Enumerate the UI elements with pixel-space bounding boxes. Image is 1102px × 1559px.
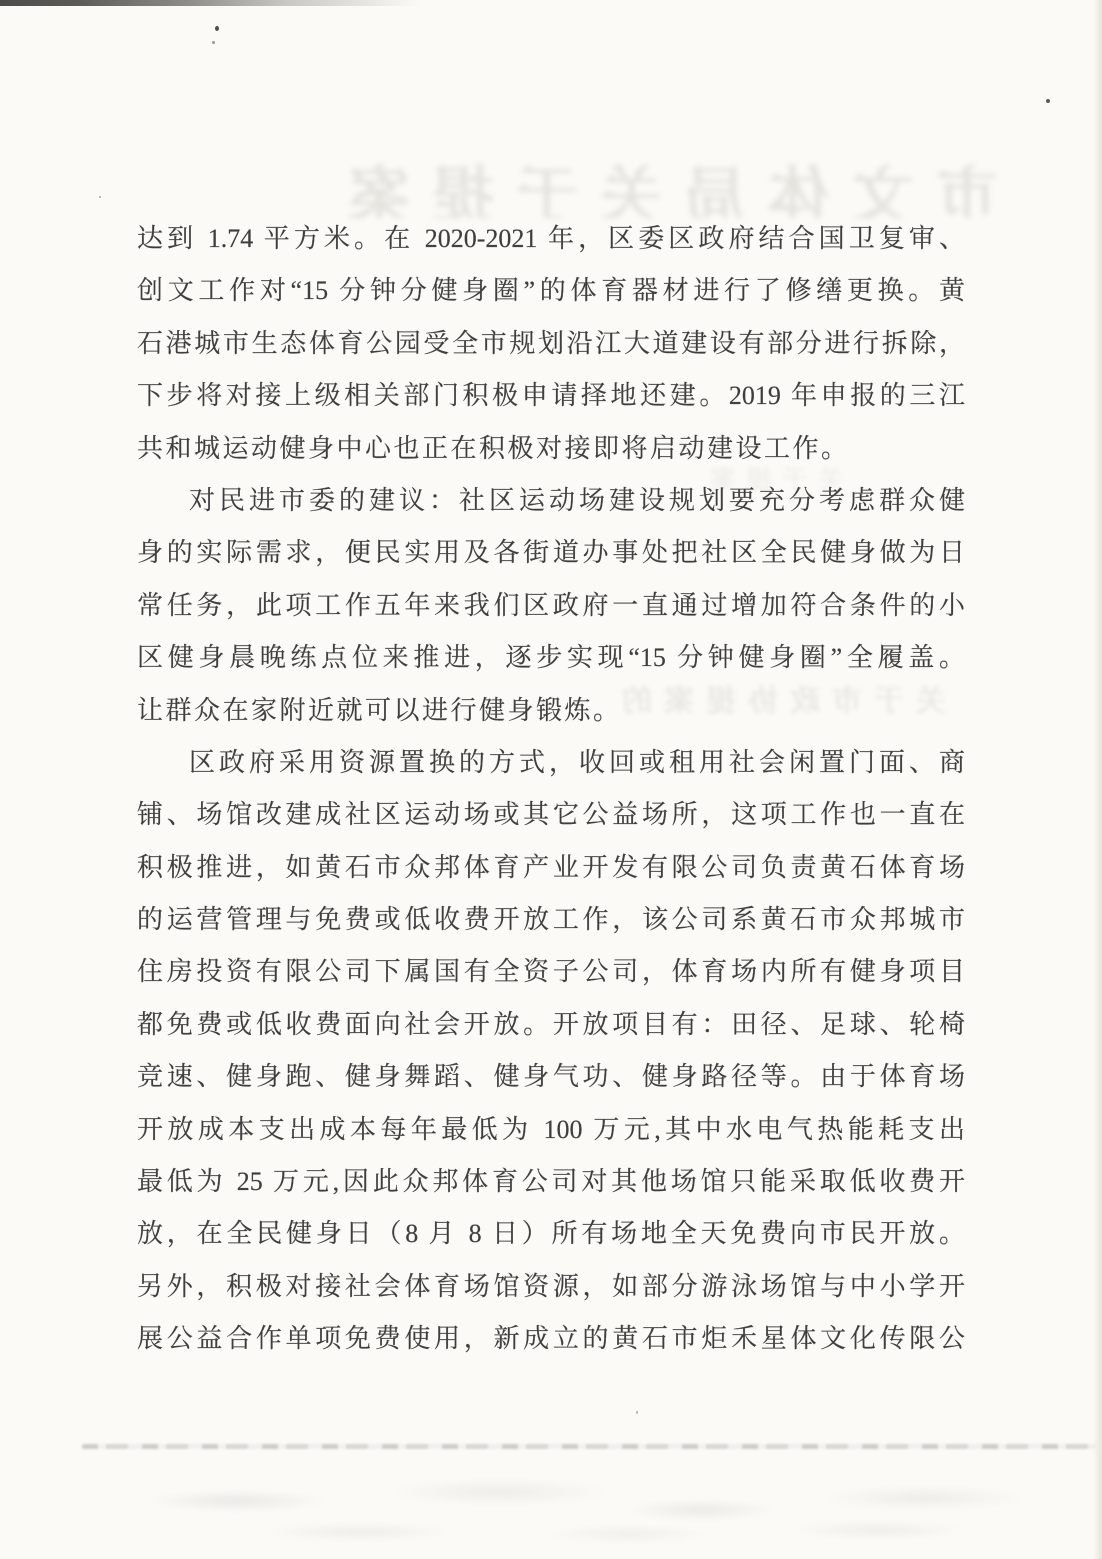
scan-edge-bar bbox=[0, 0, 420, 6]
text-line: 石港城市生态体育公园受全市规划沿江大道建设有部分进行拆除， bbox=[137, 318, 965, 370]
document-body: 达到 1.74 平方米。在 2020-2021 年，区委区政府结合国卫复审、 创… bbox=[137, 213, 965, 1366]
text-line: 的运营管理与免费或低收费开放工作，该公司系黄石市众邦城市 bbox=[137, 894, 965, 946]
scan-edge-shadow bbox=[1093, 0, 1102, 1559]
text-line: 住房投资有限公司下属国有全资子公司，体育场内所有健身项目 bbox=[137, 946, 965, 998]
text-line: 另外，积极对接社会体育场馆资源，如部分游泳场馆与中小学开 bbox=[137, 1261, 965, 1313]
scan-speck bbox=[215, 26, 219, 31]
scan-speck bbox=[99, 196, 101, 198]
text-line: 下步将对接上级相关部门积极申请择地还建。2019 年申报的三江 bbox=[137, 370, 965, 422]
text-line: 区健身晨晚练点位来推进，逐步实现“15 分钟健身圈”全履盖。 bbox=[137, 632, 965, 684]
text-line: 铺、场馆改建成社区运动场或其它公益场所，这项工作也一直在 bbox=[137, 789, 965, 841]
text-line: 共和城运动健身中心也正在积极对接即将启动建设工作。 bbox=[137, 423, 965, 475]
scan-speck bbox=[636, 1411, 638, 1414]
scanned-document-page: 市文体局关于提案 关于提案 关于市政协提案的 达到 1.74 平方米。在 202… bbox=[0, 0, 1102, 1559]
text-line: 达到 1.74 平方米。在 2020-2021 年，区委区政府结合国卫复审、 bbox=[137, 213, 965, 265]
text-line: 让群众在家附近就可以进行健身锻炼。 bbox=[137, 685, 965, 737]
text-line: 都免费或低收费面向社会开放。开放项目有：田径、足球、轮椅 bbox=[137, 999, 965, 1051]
text-line: 常任务，此项工作五年来我们区政府一直通过增加符合条件的小 bbox=[137, 580, 965, 632]
bleed-through-title-text: 市文体局关于提案 bbox=[218, 146, 998, 218]
text-line: 创文工作对“15 分钟分健身圈”的体育器材进行了修缮更换。黄 bbox=[137, 265, 965, 317]
text-line: 开放成本支出成本每年最低为 100 万元,其中水电气热能耗支出 bbox=[137, 1104, 965, 1156]
text-line: 放，在全民健身日（8 月 8 日）所有场地全天免费向市民开放。 bbox=[137, 1208, 965, 1260]
scan-speck bbox=[212, 41, 215, 44]
text-line: 对民进市委的建议：社区运动场建设规划要充分考虑群众健 bbox=[137, 475, 965, 527]
text-line: 区政府采用资源置换的方式，收回或租用社会闲置门面、商 bbox=[137, 737, 965, 789]
text-line: 竞速、健身跑、健身舞蹈、健身气功、健身路径等。由于体育场 bbox=[137, 1051, 965, 1103]
text-line: 积极推进，如黄石市众邦体育产业开发有限公司负责黄石体育场 bbox=[137, 842, 965, 894]
text-line: 展公益合作单项免费使用，新成立的黄石市炬禾星体文化传限公 bbox=[137, 1313, 965, 1365]
scan-mottle-band bbox=[90, 1512, 1050, 1552]
text-line: 身的实际需求，便民实用及各街道办事处把社区全民健身做为日 bbox=[137, 527, 965, 579]
text-line: 最低为 25 万元,因此众邦体育公司对其他场馆只能采取低收费开 bbox=[137, 1156, 965, 1208]
scan-smudge-line bbox=[82, 1444, 1096, 1449]
scan-speck bbox=[1046, 99, 1050, 103]
